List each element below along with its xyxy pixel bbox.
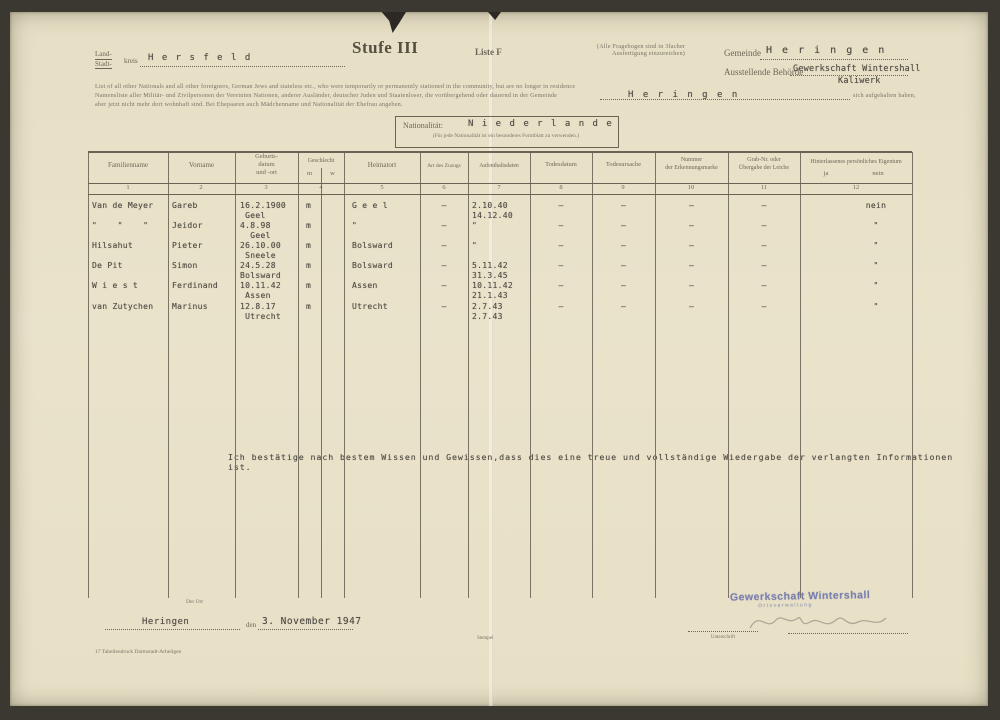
column-header: Heimatort [346,161,418,169]
table-cell-geburt: 12.8.17 Utrecht [240,302,296,322]
column-header: Grab-Nr. oder Übergabe der Leiche [729,156,799,172]
gemeinde-underline [760,59,908,60]
date-value: 3. November 1947 [262,616,362,627]
table-cell-familienname: " " " [92,221,170,231]
table-cell-eigentum: " [848,221,904,231]
table-cell-geschlecht: m [298,281,319,291]
table-cell-nummer: – [655,302,728,312]
nationality-value: N i e d e r l a n d e [468,119,613,129]
table-column-line [344,152,345,598]
table-cell-aufenthalt: " [472,221,528,231]
table-cell-todesdatum: – [530,221,592,231]
behoerde-value: Gewerkschaft Wintershall [793,64,921,74]
table-cell-art: – [420,201,468,211]
signature-line [788,633,908,634]
column-header: Geschlecht [297,157,345,165]
table-cell-familienname: De Pit [92,261,170,271]
signature [742,598,892,643]
table-cell-grab: – [728,201,800,211]
table-cell-familienname: van Zutychen [92,302,170,312]
intro-gemeinde-insert: H e r i n g e n [628,90,739,100]
column-number: 12 [841,184,871,191]
table-column-line [592,152,593,598]
print-note: 17 Tabellendruck Darmstadt-Arheilgen [95,649,181,655]
nationality-note: (Für jede Nationalität ist ein besondere… [399,133,613,139]
table-cell-grab: – [728,241,800,251]
column-number: 2 [186,184,216,191]
table-cell-heimatort: Bolsward [352,261,416,271]
table-cell-vorname: Pieter [172,241,234,251]
table-cell-todesursache: – [592,221,655,231]
column-number: 10 [676,184,706,191]
column-number: 11 [749,184,779,191]
kreis-fraction: Land- Stadt- [95,50,112,69]
table-cell-familienname: Van de Meyer [92,201,170,211]
kreis-label: kreis [124,57,138,65]
table-cell-geburt: 4.8.98 Geel [240,221,296,241]
stamp-area-line [688,631,758,632]
column-number: 4 [306,184,336,191]
column-header: Vorname [170,161,233,169]
table-cell-nummer: – [655,221,728,231]
table-cell-geschlecht: m [298,241,319,251]
table-column-line [420,152,421,598]
table-cell-aufenthalt: 10.11.42 21.1.43 [472,281,528,301]
column-number: 9 [608,184,638,191]
den-label: den [246,621,256,629]
table-column-line [530,152,531,598]
table-cell-todesursache: – [592,261,655,271]
intro-line-en: List of all other Nationals and all othe… [95,83,925,90]
statement-line1: Ich bestätige nach bestem Wissen und Gew… [228,452,953,462]
table-cell-eigentum: " [848,241,904,251]
column-header: Art des Zuzugs [420,162,468,170]
table-cell-art: – [420,221,468,231]
table-cell-eigentum: " [848,261,904,271]
column-header: Nummer der Erkennungsmarke [656,156,727,172]
table-cell-aufenthalt: 2.10.40 14.12.40 [472,201,528,221]
intro-line-de-end: sich aufgehalten haben, [853,92,916,99]
column-header: Todesdatum [531,161,591,169]
liste-label: Liste F [475,47,502,57]
table-cell-todesursache: – [592,201,655,211]
stempel-label: Stempel [477,636,493,641]
column-number: 3 [251,184,281,191]
scanned-document-page: Land- Stadt- kreis H e r s f e l d Stufe… [0,0,1000,720]
table-cell-heimatort: G e e l [352,201,416,211]
column-number: 1 [113,184,143,191]
nationality-label: Nationalität: [403,121,443,130]
table-cell-vorname: Jeidor [172,221,234,231]
table-cell-geschlecht: m [298,302,319,312]
table-cell-art: – [420,241,468,251]
table-cell-todesdatum: – [530,281,592,291]
table-cell-vorname: Ferdinand [172,281,234,291]
column-subheader: w [321,170,344,178]
stufe-title: Stufe III [352,38,418,58]
table-cell-eigentum: " [848,281,904,291]
place-underline [105,629,240,630]
column-subheader: nein [856,170,900,178]
table-horizontal-line [88,151,912,153]
table-cell-heimatort: Bolsward [352,241,416,251]
column-number: 7 [484,184,514,191]
table-cell-heimatort: Assen [352,281,416,291]
table-column-line [800,152,801,598]
table-column-line [468,152,469,598]
column-number: 6 [429,184,459,191]
table-cell-eigentum: " [848,302,904,312]
column-header: Familienname [90,161,166,169]
table-column-line [655,152,656,598]
table-cell-heimatort: " [352,221,416,231]
table-cell-todesursache: – [592,281,655,291]
table-column-line [168,152,169,598]
table-cell-grab: – [728,302,800,312]
column-header: Hinterlassenes persönliches Eigentum [801,158,911,166]
table-cell-geburt: 16.2.1900 Geel [240,201,296,221]
column-header: Aufenthaltsdaten [468,162,530,170]
table-column-line [235,152,236,598]
table-cell-todesursache: – [592,302,655,312]
table-cell-vorname: Gareb [172,201,234,211]
table-cell-grab: – [728,281,800,291]
column-header: Geburts- datum und -ort [237,153,296,177]
table-column-line [298,152,299,598]
table-cell-todesdatum: – [530,302,592,312]
statement-line2: ist. [228,462,252,472]
table-cell-todesdatum: – [530,201,592,211]
table-column-line [88,152,89,598]
table-cell-nummer: – [655,281,728,291]
column-subheader: m [298,170,321,178]
table-column-line [321,168,322,598]
table-cell-art: – [420,281,468,291]
table-cell-art: – [420,261,468,271]
kreis-underline [140,66,345,67]
place-value: Heringen [142,617,189,627]
date-underline [258,629,353,630]
table-cell-vorname: Simon [172,261,234,271]
table-cell-familienname: Hilsahut [92,241,170,251]
table-column-line [912,152,913,598]
table-cell-geschlecht: m [298,221,319,231]
table-cell-geschlecht: m [298,201,319,211]
table-cell-todesdatum: – [530,261,592,271]
table-cell-geburt: 10.11.42 Assen [240,281,296,301]
column-number: 5 [367,184,397,191]
table-cell-geschlecht: m [298,261,319,271]
table-cell-familienname: W i e s t [92,281,170,291]
column-header: Todesursache [593,161,654,169]
table-cell-nummer: – [655,261,728,271]
table-cell-todesursache: – [592,241,655,251]
table-cell-nummer: – [655,241,728,251]
table-cell-art: – [420,302,468,312]
kreis-value: H e r s f e l d [148,53,252,63]
gemeinde-value: H e r i n g e n [766,45,886,56]
table-cell-aufenthalt: 2.7.43 2.7.43 [472,302,528,322]
intro-line3: aber jetzt nicht mehr dort wohnhaft sind… [95,101,655,108]
ort-label: Der Ort [186,599,203,605]
table-cell-geburt: 24.5.28 Bolsward [240,261,296,281]
table-cell-aufenthalt: 5.11.42 31.3.45 [472,261,528,281]
stadt-label: Stadt- [95,60,112,69]
table-cell-grab: – [728,221,800,231]
column-number: 8 [546,184,576,191]
table-cell-geburt: 26.10.00 Sneele [240,241,296,261]
unterschrift-label: Unterschrift [688,635,758,640]
table-cell-aufenthalt: " [472,241,528,251]
table-cell-heimatort: Utrecht [352,302,416,312]
intro-line-de: Namensliste aller Militär- und Zivilpers… [95,92,605,99]
table-horizontal-line [88,194,912,195]
table-cell-todesdatum: – [530,241,592,251]
land-label: Land- [95,50,112,60]
gemeinde-label: Gemeinde [724,48,761,58]
table-column-line [728,152,729,598]
column-subheader: ja [806,170,846,178]
table-cell-nummer: – [655,201,728,211]
table-cell-vorname: Marinus [172,302,234,312]
table-cell-eigentum: nein [848,201,904,211]
copies-note-line2: Ausfertigung einzureichen) [612,50,685,57]
table-cell-grab: – [728,261,800,271]
copies-note-line1: (Alle Fragebogen sind in 3facher [597,43,685,50]
